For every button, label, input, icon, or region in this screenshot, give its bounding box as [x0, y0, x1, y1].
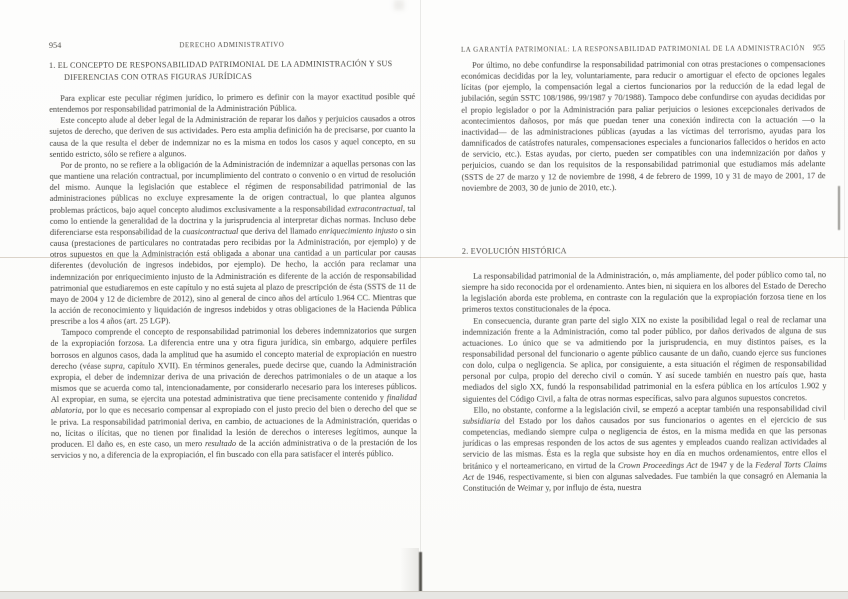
running-head-right: LA GARANTÍA PATRIMONIAL: LA RESPONSABILI…: [461, 45, 813, 54]
scan-gutter-line: [420, 0, 421, 599]
right-page-body-bottom: La responsabilidad patrimonial de la Adm…: [462, 269, 827, 494]
scan-right-edge-mark: [838, 186, 840, 230]
scan-bottom-edge: [0, 591, 848, 599]
paragraph: Ello, no obstante, conforme a la legisla…: [463, 403, 827, 494]
paragraph: Tampoco comprende el concepto de respons…: [50, 325, 417, 461]
running-head-left: DERECHO ADMINISTRATIVO: [179, 42, 284, 50]
scan-gutter-smudge: [394, 0, 404, 10]
paragraph: Por último, no debe confundirse la respo…: [461, 58, 826, 193]
paragraph: Por de pronto, no se refiere a la obliga…: [50, 158, 417, 327]
page-number-left: 954: [49, 40, 180, 50]
page-number-right: 955: [813, 43, 825, 52]
scan-page-right-edge: [844, 40, 845, 420]
scan-gutter-dark-mark: [419, 552, 422, 592]
right-page-body-top: Por último, no debe confundirse la respo…: [461, 58, 826, 193]
running-head-spacer: [284, 46, 415, 47]
paragraph: En consecuencia, durante gran parte del …: [462, 314, 826, 405]
paragraph: Este concepto alude al deber legal de la…: [49, 113, 415, 160]
section-heading-concepto: 1. EL CONCEPTO DE RESPONSABILIDAD PATRIM…: [49, 58, 415, 84]
book-scan: 954 DERECHO ADMINISTRATIVO 1. EL CONCEPT…: [0, 0, 848, 599]
scan-gutter-shadow: [400, 548, 419, 592]
paragraph: La responsabilidad patrimonial de la Adm…: [462, 269, 826, 315]
scan-horizontal-artifact-line: [0, 257, 848, 258]
running-head-row-left: 954 DERECHO ADMINISTRATIVO: [49, 39, 415, 50]
paragraph: Para explicar este peculiar régimen jurí…: [49, 91, 415, 115]
running-head-row-right: LA GARANTÍA PATRIMONIAL: LA RESPONSABILI…: [461, 43, 825, 54]
page-left: 954 DERECHO ADMINISTRATIVO 1. EL CONCEPT…: [49, 39, 417, 461]
left-page-body: Para explicar este peculiar régimen jurí…: [49, 91, 417, 461]
page-right: LA GARANTÍA PATRIMONIAL: LA RESPONSABILI…: [461, 43, 827, 494]
section-heading-evolucion: 2. EVOLUCIÓN HISTÓRICA: [462, 244, 826, 258]
